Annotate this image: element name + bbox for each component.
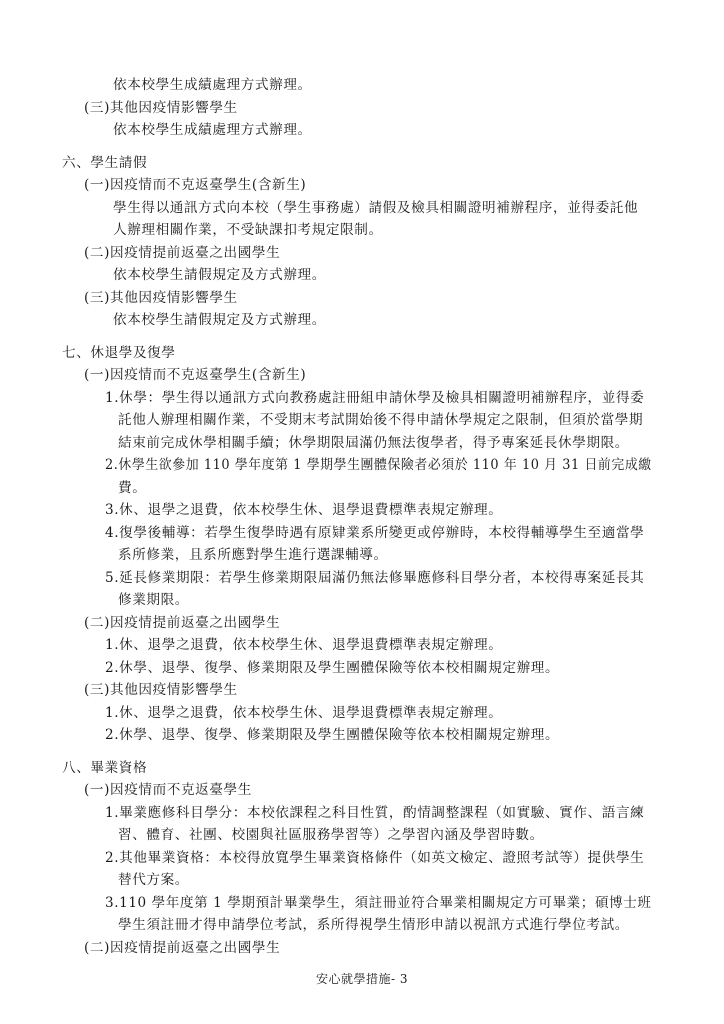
text-line: 替代方案。	[118, 871, 189, 889]
text-line: 1.休學：學生得以通訊方式向教務處註冊組申請休學及檢具相關證明補辦程序，並得委	[105, 389, 644, 407]
text-line: 八、畢業資格	[62, 759, 147, 777]
document-page: 依本校學生成績處理方式辦理。(三)其他因疫情影響學生依本校學生成績處理方式辦理。…	[0, 0, 724, 1024]
text-line: 3.休、退學之退費，依本校學生休、退學退費標準表規定辦理。	[105, 501, 502, 519]
text-line: (一)因疫情而不克返臺學生(含新生)	[84, 176, 306, 194]
text-line: (二)因疫情提前返臺之出國學生	[84, 939, 280, 957]
text-line: 5.延長修業期限：若學生修業期限屆滿仍無法修畢應修科目學分者，本校得專案延長其	[105, 569, 644, 587]
text-line: 六、學生請假	[62, 154, 147, 172]
text-line: 託他人辦理相關作業，不受期末考試開始後不得申請休學規定之限制，但須於當學期	[118, 411, 643, 429]
text-line: 依本校學生成績處理方式辦理。	[113, 76, 312, 94]
text-line: 修業期限。	[118, 591, 189, 609]
text-line: 3.110 學年度第 1 學期預計畢業學生，須註冊並符合畢業相關規定方可畢業；碩…	[105, 894, 652, 912]
text-line: (一)因疫情而不克返臺學生	[84, 781, 252, 799]
text-line: (三)其他因疫情影響學生	[84, 289, 238, 307]
text-line: (三)其他因疫情影響學生	[84, 99, 238, 117]
text-line: (二)因疫情提前返臺之出國學生	[84, 244, 280, 262]
text-line: 費。	[118, 479, 146, 497]
text-line: 2.休學生欲參加 110 學年度第 1 學期學生團體保險者必須於 110 年 1…	[105, 456, 652, 474]
text-line: (一)因疫情而不克返臺學生(含新生)	[84, 366, 306, 384]
text-line: 七、休退學及復學	[62, 344, 176, 362]
text-line: 依本校學生請假規定及方式辦理。	[113, 311, 326, 329]
text-line: 學生得以通訊方式向本校（學生事務處）請假及檢具相關證明補辦程序，並得委託他	[113, 199, 638, 217]
text-line: 2.其他畢業資格：本校得放寬學生畢業資格條件（如英文檢定、證照考試等）提供學生	[105, 849, 644, 867]
page-footer: 安心就學措施- 3	[0, 970, 724, 987]
text-line: 學生須註冊才得申請學位考試，系所得視學生情形申請以視訊方式進行學位考試。	[118, 916, 629, 934]
text-line: 結束前完成休學相關手續；休學期限屆滿仍無法復學者，得予專案延長休學期限。	[118, 434, 629, 452]
text-line: 依本校學生成績處理方式辦理。	[113, 121, 312, 139]
text-line: 系所修業，且系所應對學生進行選課輔導。	[118, 546, 388, 564]
text-line: 習、體育、社團、校園與社區服務學習等）之學習內涵及學習時數。	[118, 826, 544, 844]
text-line: 4.復學後輔導：若學生復學時遇有原肄業系所變更或停辦時，本校得輔導學生至適當學	[105, 524, 644, 542]
text-line: 1.休、退學之退費，依本校學生休、退學退費標準表規定辦理。	[105, 704, 502, 722]
text-line: 依本校學生請假規定及方式辦理。	[113, 266, 326, 284]
text-line: 1.休、退學之退費，依本校學生休、退學退費標準表規定辦理。	[105, 636, 502, 654]
text-line: 1.畢業應修科目學分：本校依課程之科目性質，酌情調整課程（如實驗、實作、語言練	[105, 804, 644, 822]
text-line: (三)其他因疫情影響學生	[84, 681, 238, 699]
text-line: 2.休學、退學、復學、修業期限及學生團體保險等依本校相關規定辦理。	[105, 726, 559, 744]
text-line: (二)因疫情提前返臺之出國學生	[84, 614, 280, 632]
text-line: 人辦理相關作業，不受缺課扣考規定限制。	[113, 221, 383, 239]
text-line: 2.休學、退學、復學、修業期限及學生團體保險等依本校相關規定辦理。	[105, 659, 559, 677]
